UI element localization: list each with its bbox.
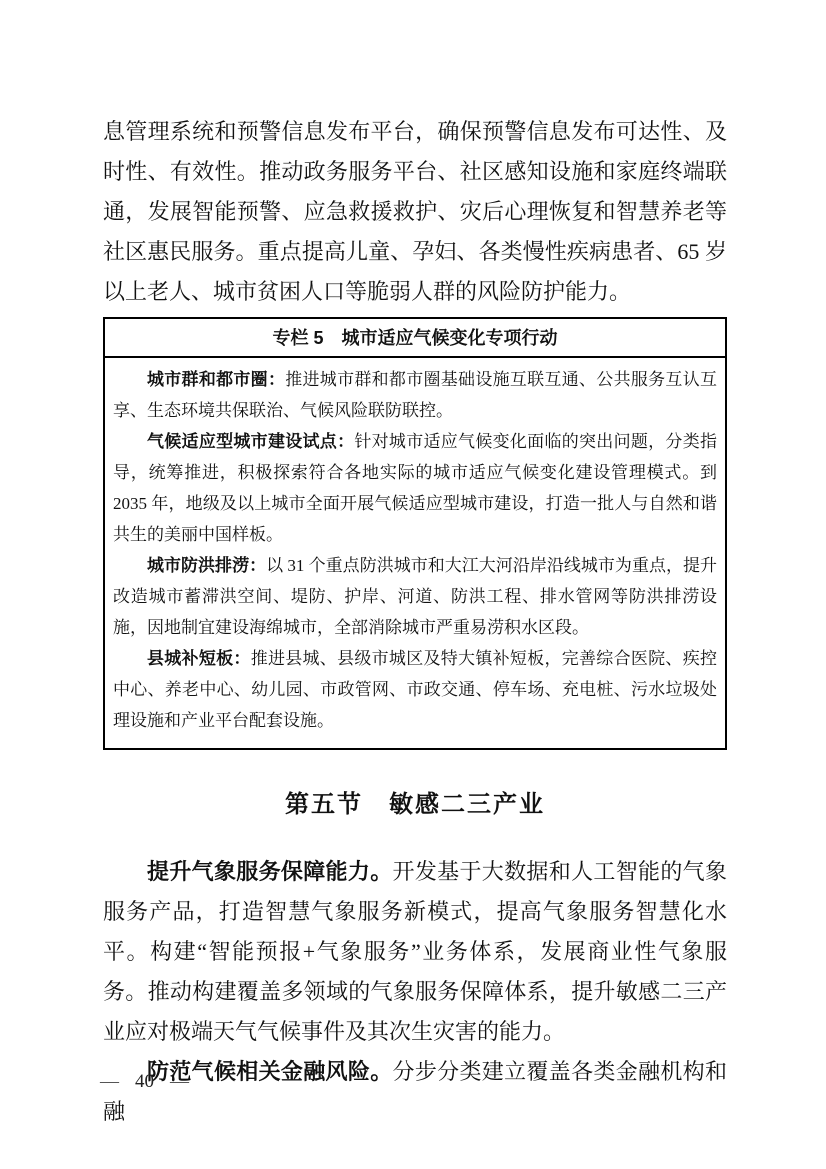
box-item-city-clusters: 城市群和都市圈：推进城市群和都市圈基础设施互联互通、公共服务互认互享、生态环境共…	[113, 364, 717, 426]
body-paragraph-financial-risk: 防范气候相关金融风险。分步分类建立覆盖各类金融机构和融	[103, 1052, 727, 1132]
box-item-lead: 县城补短板：	[147, 649, 251, 668]
footer-dash-left: —	[100, 1071, 119, 1093]
footer-dash-right: —	[170, 1071, 189, 1093]
paragraph-text: 开发基于大数据和人工智能的气象服务产品，打造智慧气象服务新模式，提高气象服务智慧…	[103, 859, 727, 1044]
box-item-lead: 气候适应型城市建设试点：	[147, 432, 354, 451]
box-item-flood-control: 城市防洪排涝：以 31 个重点防洪城市和大江大河沿岸沿线城市为重点，提升改造城市…	[113, 550, 717, 643]
callout-box-title: 专栏 5 城市适应气候变化专项行动	[105, 319, 725, 358]
page-content: 息管理系统和预警信息发布平台，确保预警信息发布可达性、及时性、有效性。推动政务服…	[103, 112, 727, 1132]
callout-box-body: 城市群和都市圈：推进城市群和都市圈基础设施互联互通、公共服务互认互享、生态环境共…	[105, 358, 725, 748]
box-item-lead: 城市防洪排涝：	[147, 556, 266, 575]
box-item-lead: 城市群和都市圈：	[147, 370, 285, 389]
body-paragraph-meteorological-service: 提升气象服务保障能力。开发基于大数据和人工智能的气象服务产品，打造智慧气象服务新…	[103, 852, 727, 1052]
page-footer: — 40 —	[100, 1071, 189, 1093]
box-item-pilot-cities: 气候适应型城市建设试点：针对城市适应气候变化面临的突出问题，分类指导，统筹推进，…	[113, 426, 717, 550]
body-paragraph-continuation: 息管理系统和预警信息发布平台，确保预警信息发布可达性、及时性、有效性。推动政务服…	[103, 112, 727, 312]
paragraph-lead: 提升气象服务保障能力。	[147, 859, 393, 884]
box-item-county-shortboard: 县城补短板：推进县城、县级市城区及特大镇补短板，完善综合医院、疾控中心、养老中心…	[113, 643, 717, 736]
section-heading: 第五节 敏感二三产业	[103, 790, 727, 820]
page-number: 40	[135, 1071, 154, 1093]
document-page: 息管理系统和预警信息发布平台，确保预警信息发布可达性、及时性、有效性。推动政务服…	[0, 0, 826, 1169]
callout-box-column-5: 专栏 5 城市适应气候变化专项行动 城市群和都市圈：推进城市群和都市圈基础设施互…	[103, 317, 727, 750]
